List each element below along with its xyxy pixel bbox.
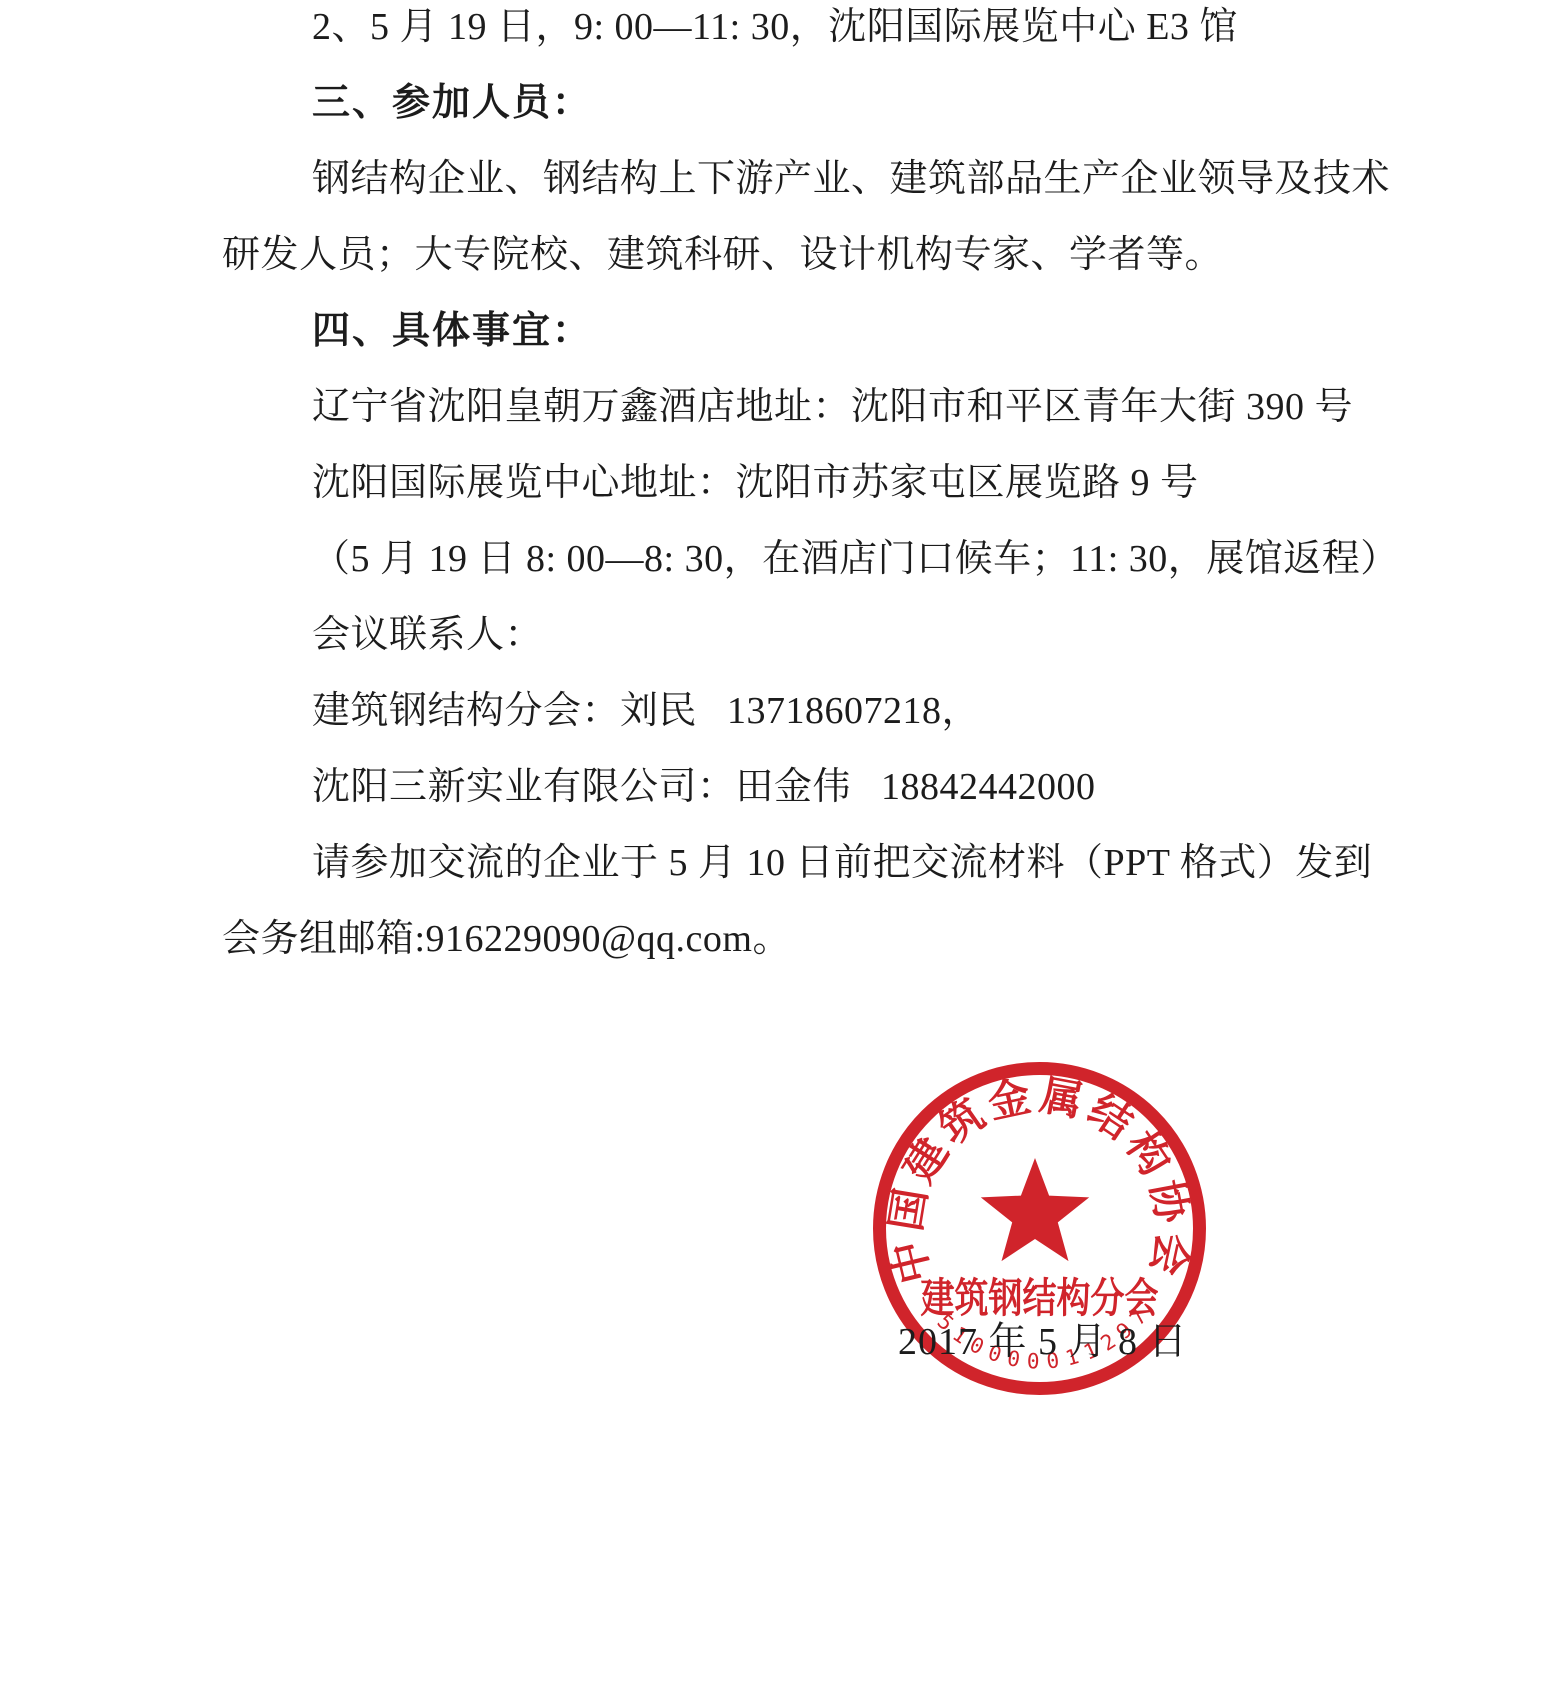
document-body: 2、5 月 19 日，9: 00—11: 30，沈阳国际展览中心 E3 馆 三、… (222, 0, 1342, 977)
doc-heading-participants: 三、参加人员： (222, 65, 1342, 141)
doc-line-contact-branch: 建筑钢结构分会：刘民 13718607218， (222, 673, 1342, 749)
doc-heading-details: 四、具体事宜： (222, 293, 1342, 369)
doc-line-contact-company: 沈阳三新实业有限公司：田金伟 18842442000 (222, 749, 1342, 825)
signature-date: 2017 年 5 月 8 日 (898, 1310, 1188, 1365)
red-star-icon (981, 1158, 1089, 1261)
document-page: 2、5 月 19 日，9: 00—11: 30，沈阳国际展览中心 E3 馆 三、… (0, 0, 1564, 1695)
doc-line-participants-1: 钢结构企业、钢结构上下游产业、建筑部品生产企业领导及技术 (222, 141, 1342, 217)
doc-line-email: 会务组邮箱:916229090@qq.com。 (222, 901, 1342, 977)
doc-line-schedule-2: 2、5 月 19 日，9: 00—11: 30，沈阳国际展览中心 E3 馆 (222, 0, 1342, 65)
doc-line-shuttle-info: （5 月 19 日 8: 00—8: 30，在酒店门口候车；11: 30，展馆返… (222, 521, 1342, 597)
doc-line-material-notice: 请参加交流的企业于 5 月 10 日前把交流材料（PPT 格式）发到 (222, 825, 1342, 901)
doc-line-participants-2: 研发人员；大专院校、建筑科研、设计机构专家、学者等。 (222, 217, 1342, 293)
doc-line-hotel-address: 辽宁省沈阳皇朝万鑫酒店地址：沈阳市和平区青年大街 390 号 (222, 369, 1342, 445)
doc-line-contact-header: 会议联系人： (222, 597, 1342, 673)
doc-line-expo-address: 沈阳国际展览中心地址：沈阳市苏家屯区展览路 9 号 (222, 445, 1342, 521)
